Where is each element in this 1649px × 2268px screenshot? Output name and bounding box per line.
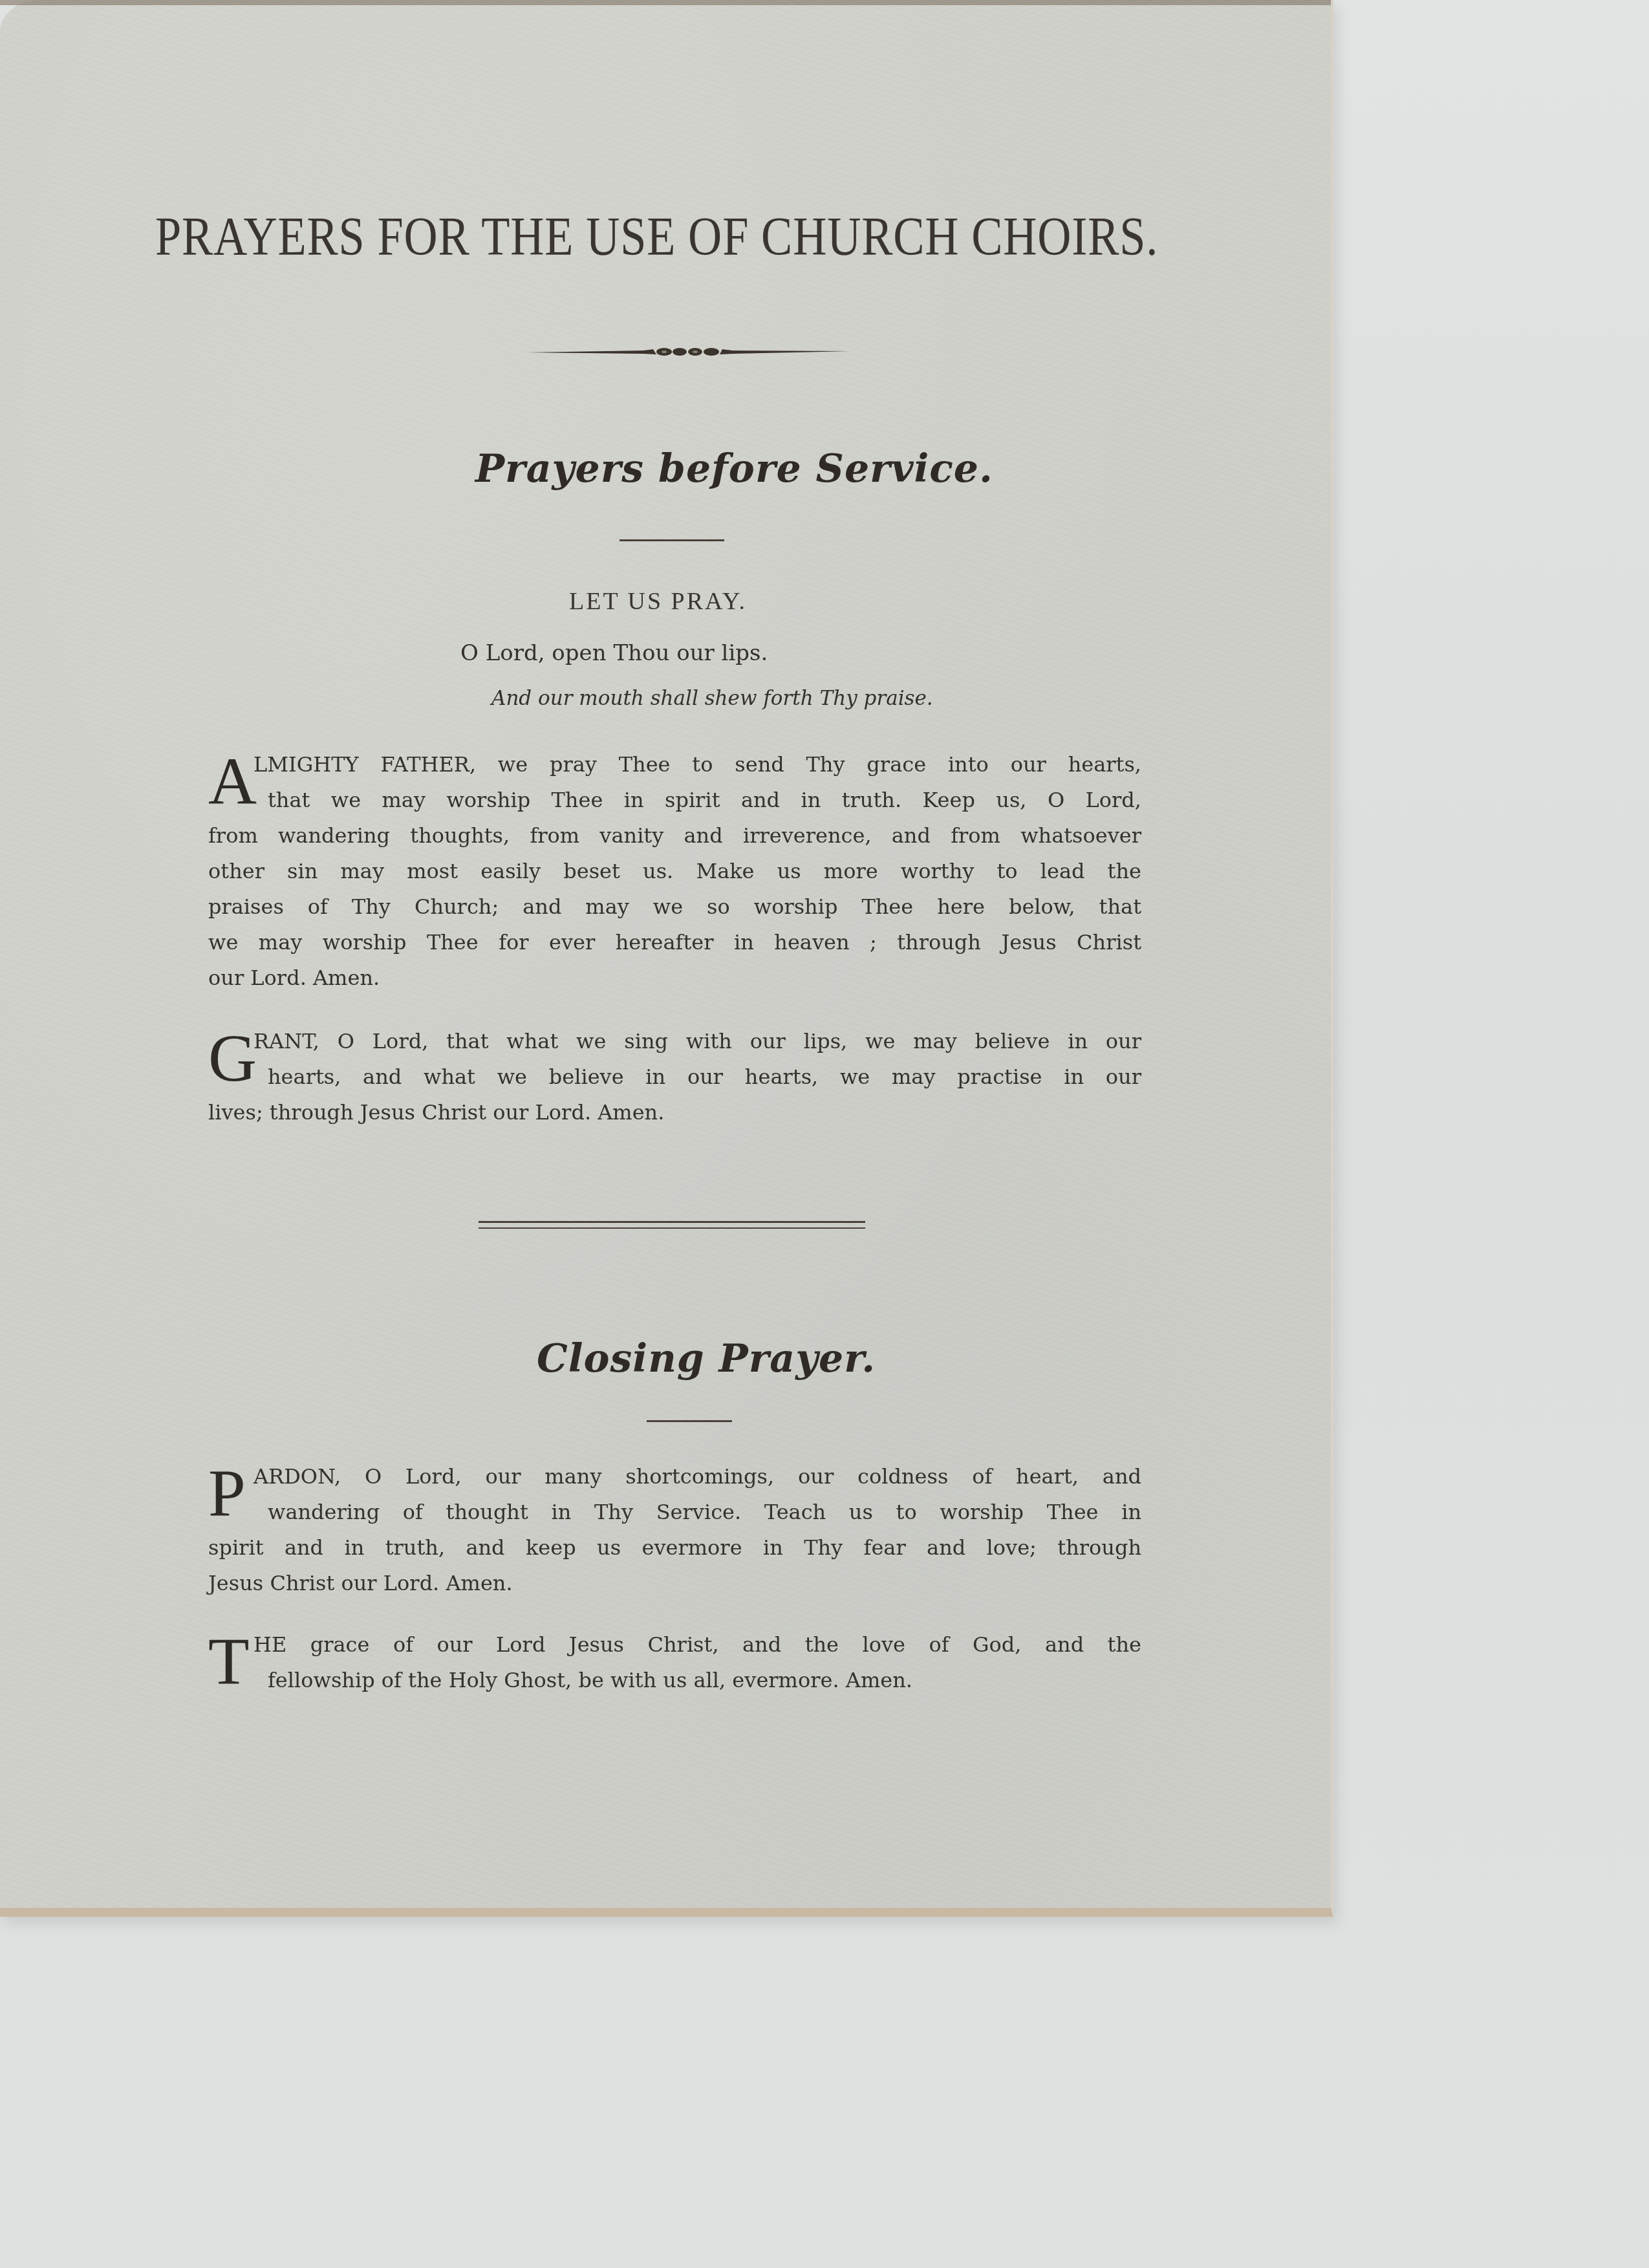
section-heading-prayers-before-service: Prayers before Service. bbox=[475, 446, 993, 491]
double-divider-bottom bbox=[479, 1227, 865, 1229]
prayer-line: that we may worship Thee in spirit and i… bbox=[208, 783, 1141, 818]
response-text: And our mouth shall shew forth Thy prais… bbox=[491, 687, 933, 710]
short-divider bbox=[647, 1420, 732, 1422]
prayer-line: other sin may most easily beset us. Make… bbox=[208, 854, 1141, 889]
short-divider bbox=[620, 539, 724, 541]
double-divider-top bbox=[479, 1221, 865, 1223]
drop-cap: A bbox=[208, 748, 257, 815]
section-heading-closing-prayer: Closing Prayer. bbox=[537, 1336, 876, 1381]
prayer-line: ARDON, O Lord, our many shortcomings, ou… bbox=[208, 1459, 1141, 1495]
prayer-line: Jesus Christ our Lord. Amen. bbox=[208, 1566, 1141, 1601]
printed-page: PRAYERS FOR THE USE OF CHURCH CHOIRS. Pr… bbox=[0, 0, 1333, 1917]
prayer-grant-o-lord: G RANT, O Lord, that what we sing with o… bbox=[208, 1024, 1141, 1130]
prayer-line: praises of Thy Church; and may we so wor… bbox=[208, 889, 1141, 925]
prayer-line: from wandering thoughts, from vanity and… bbox=[208, 818, 1141, 854]
prayer-line: wandering of thought in Thy Service. Tea… bbox=[208, 1495, 1141, 1530]
prayer-line: spirit and in truth, and keep us evermor… bbox=[208, 1530, 1141, 1566]
prayer-line: hearts, and what we believe in our heart… bbox=[208, 1059, 1141, 1095]
drop-cap: T bbox=[208, 1628, 250, 1696]
prayer-pardon: P ARDON, O Lord, our many shortcomings, … bbox=[208, 1459, 1141, 1601]
prayer-line: RANT, O Lord, that what we sing with our… bbox=[208, 1024, 1141, 1059]
prayer-the-grace: T HE grace of our Lord Jesus Christ, and… bbox=[208, 1627, 1141, 1698]
drop-cap: G bbox=[208, 1025, 257, 1092]
prayer-line: fellowship of the Holy Ghost, be with us… bbox=[208, 1663, 1141, 1698]
versicle-text: O Lord, open Thou our lips. bbox=[460, 640, 768, 666]
drop-cap: P bbox=[208, 1460, 246, 1528]
ornamental-divider-icon bbox=[527, 344, 849, 360]
prayer-line: LMIGHTY FATHER, we pray Thee to send Thy… bbox=[208, 747, 1141, 783]
page-title: PRAYERS FOR THE USE OF CHURCH CHOIRS. bbox=[155, 206, 1212, 268]
prayer-almighty-father: A LMIGHTY FATHER, we pray Thee to send T… bbox=[208, 747, 1141, 996]
invitation-text: LET US PRAY. bbox=[569, 587, 747, 616]
prayer-line: we may worship Thee for ever hereafter i… bbox=[208, 925, 1141, 960]
prayer-line: HE grace of our Lord Jesus Christ, and t… bbox=[208, 1627, 1141, 1663]
prayer-line: our Lord. Amen. bbox=[208, 960, 1141, 996]
prayer-line: lives; through Jesus Christ our Lord. Am… bbox=[208, 1095, 1141, 1130]
